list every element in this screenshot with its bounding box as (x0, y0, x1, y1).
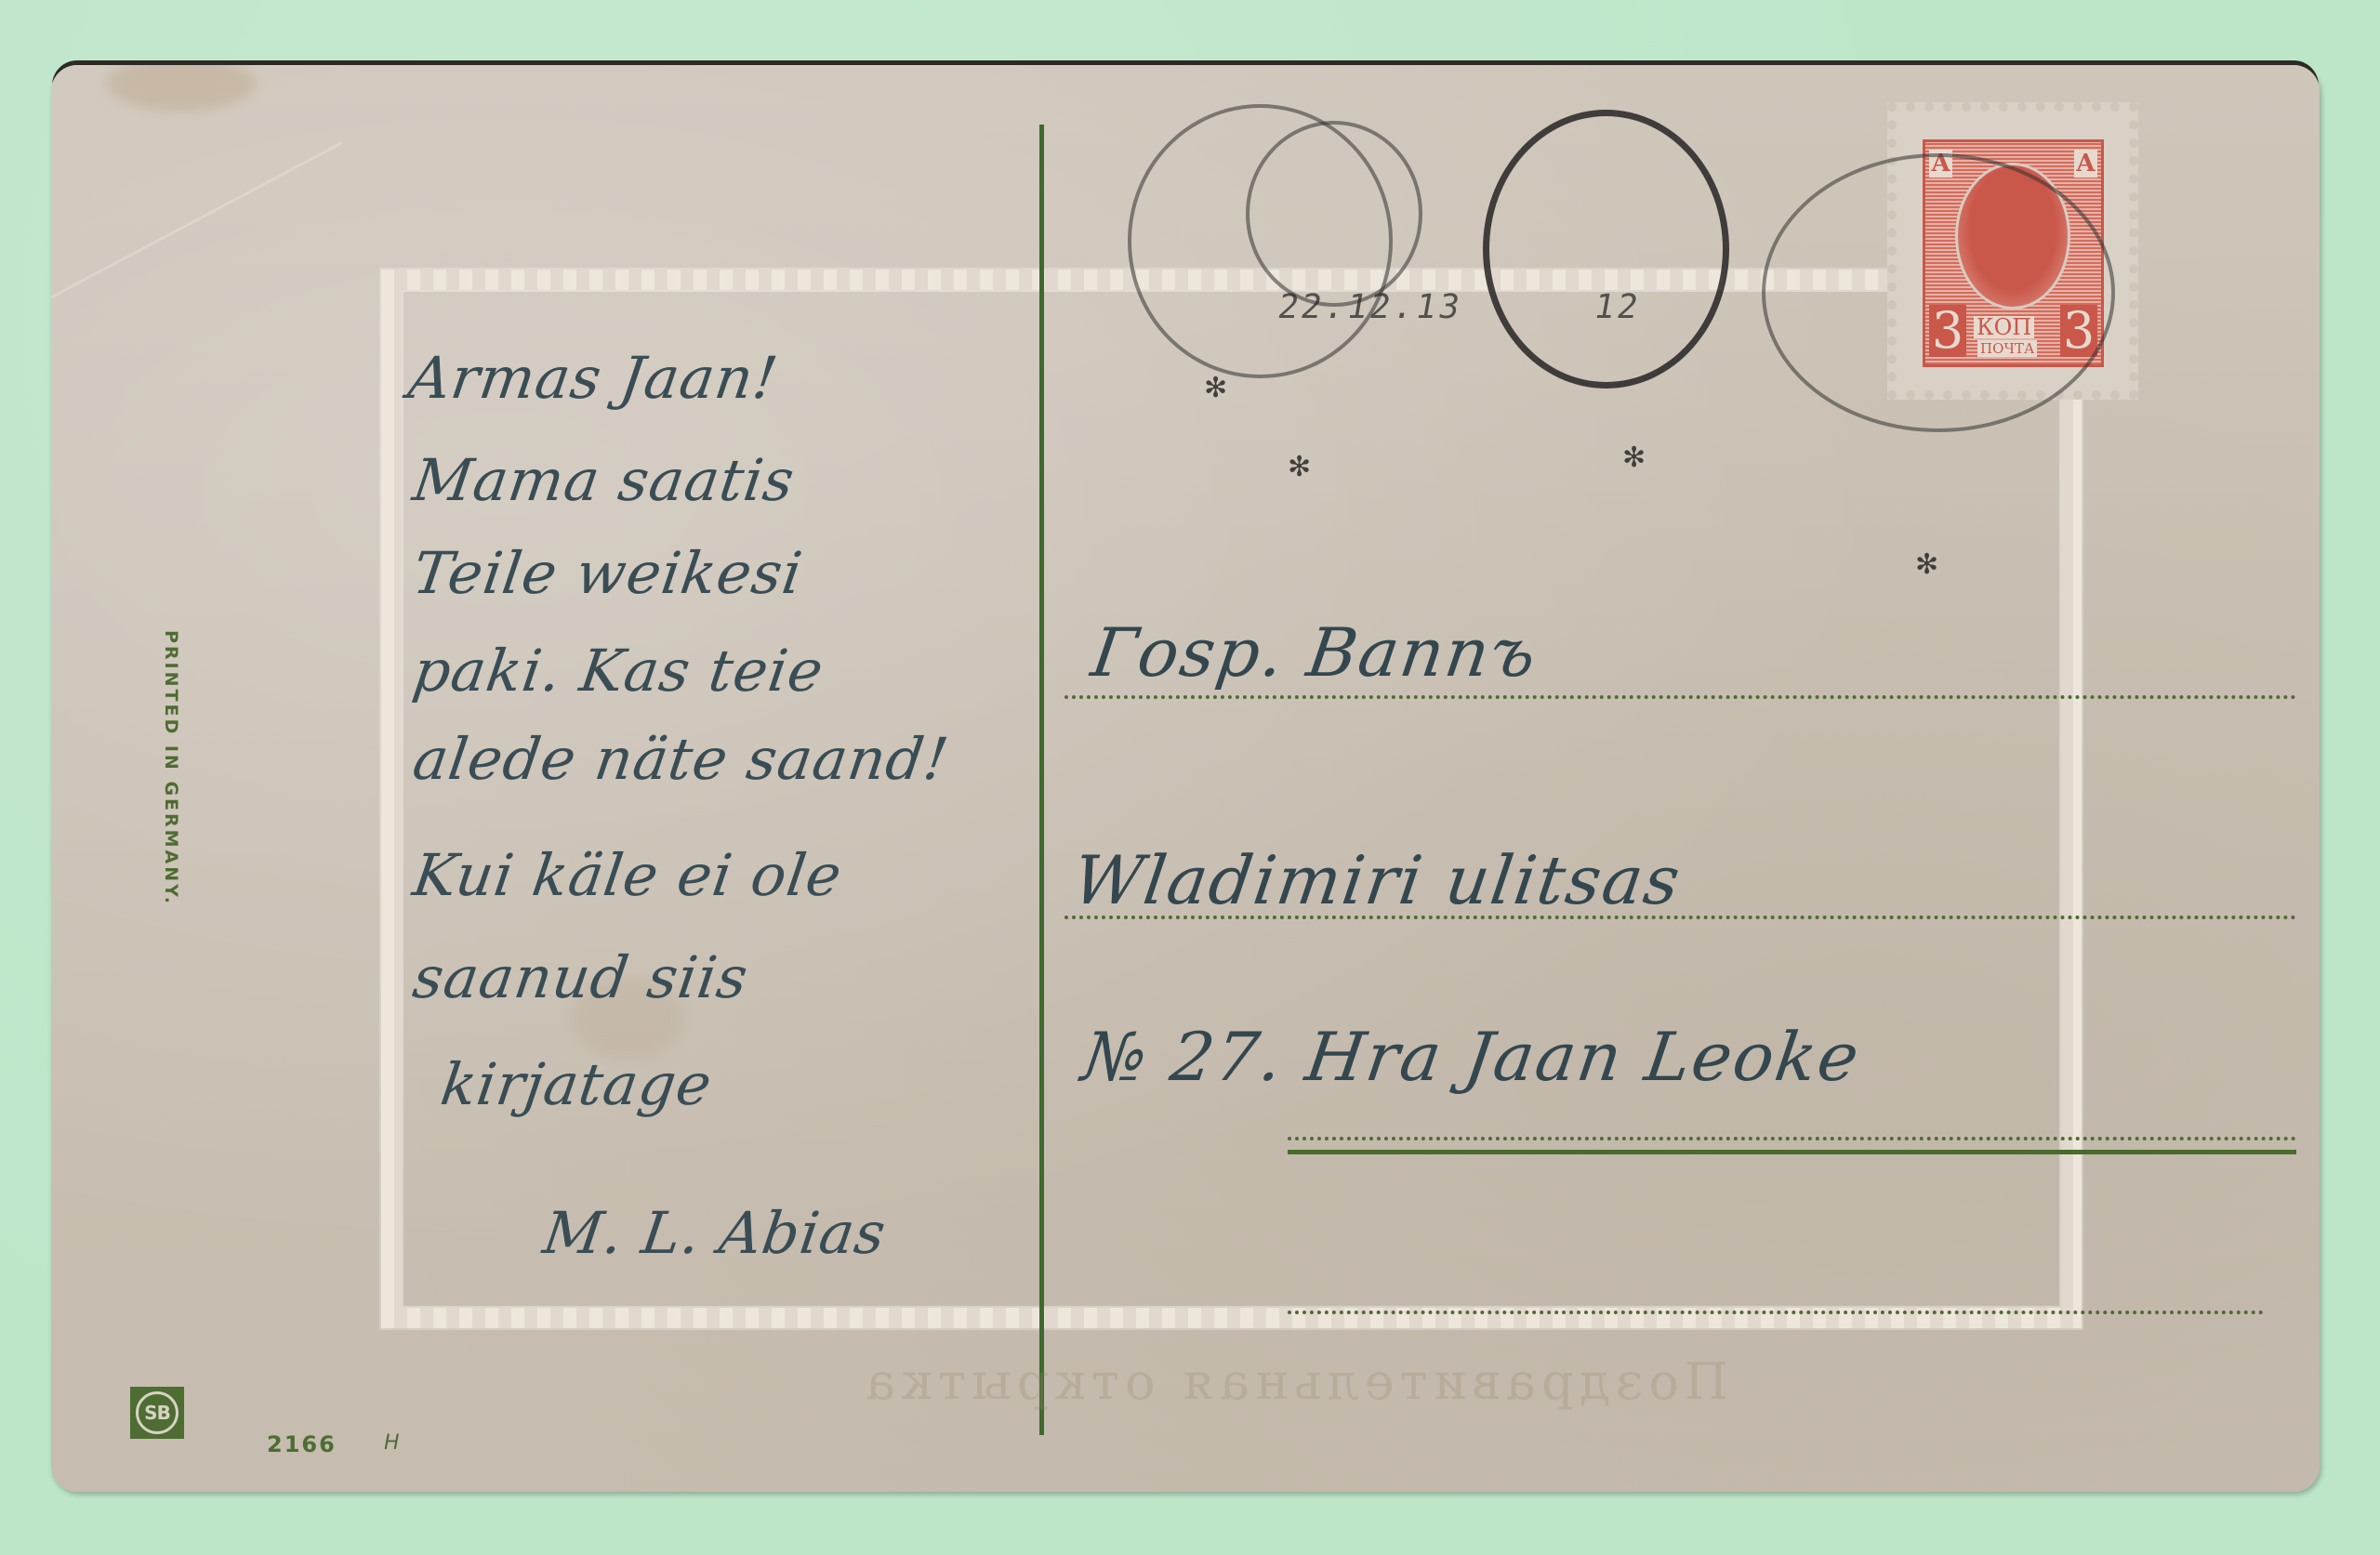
postmark-star-icon: ✻ (1204, 372, 1227, 404)
message-line: Mama saatis (409, 446, 799, 514)
message-signature: M. L. Abias (539, 1199, 891, 1267)
message-line: Kui käle ei ole (409, 841, 847, 909)
message-line: Teile weikesi (409, 539, 807, 607)
message-line: alede näte saand! (409, 725, 953, 793)
message-line: kirjatage (437, 1050, 717, 1118)
address-rule (1064, 916, 2296, 919)
printed-in-germany-label: PRINTED IN GERMANY. (161, 630, 181, 906)
postmark-date: 22.12.13 (1275, 288, 1465, 326)
stamp-corner-letter: А (2074, 150, 2097, 178)
postmark-date: 12 (1591, 288, 1644, 326)
postmark-icon (1762, 153, 2115, 432)
message-line: paki. Kas teie (409, 637, 828, 705)
address-recipient: Гosp. Ваппъ (1087, 613, 1542, 692)
postcard-back: PRINTED IN GERMANY. Armas Jaan! Mama saa… (51, 65, 2320, 1492)
address-rule (1064, 695, 2296, 699)
address-rule (1288, 1137, 2296, 1140)
message-line: Armas Jaan! (404, 344, 783, 412)
publisher-logo-icon: SB (130, 1387, 184, 1439)
postmark-star-icon: ✻ (1288, 451, 1311, 483)
address-rule (1288, 1311, 2264, 1314)
address-solid-rule (1288, 1150, 2296, 1154)
message-address-divider (1039, 125, 1044, 1435)
postmark-inner-ring (1246, 121, 1422, 307)
address-street: Wladimiri ulitsas (1068, 841, 1686, 919)
embossed-frame (381, 270, 2082, 1328)
serial-suffix: H (384, 1431, 400, 1455)
serial-number: 2166 (267, 1431, 337, 1457)
message-line: saanud siis (409, 943, 753, 1011)
postmark-star-icon: ✻ (1622, 441, 1646, 474)
postmark-star-icon: ✻ (1915, 548, 1938, 581)
stain (107, 65, 256, 112)
ghost-offset-text: Поздравительная открытка (860, 1352, 1728, 1411)
address-number-name: № 27. Hra Jaan Leoke (1078, 1018, 1865, 1096)
postmark-icon (1483, 110, 1729, 389)
